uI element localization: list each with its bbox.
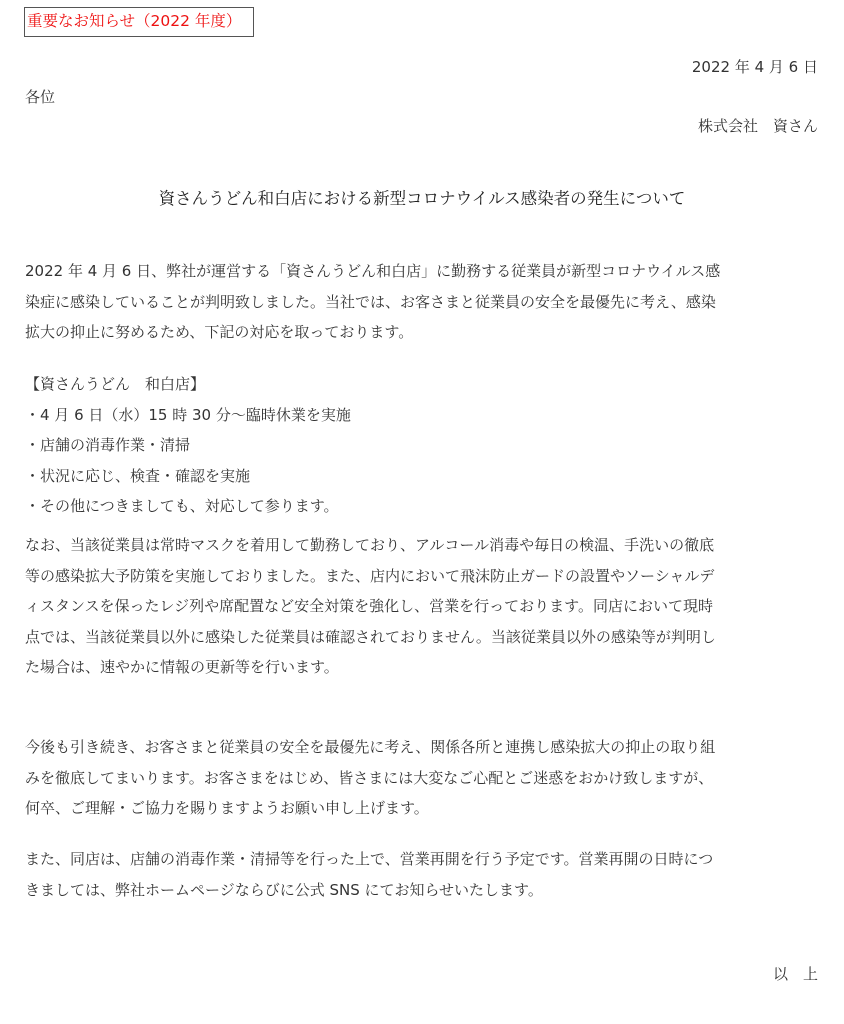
paragraph-line: 等の感染拡大予防策を実施しておりました。また、店内において飛沫防止ガードの設置や… (25, 561, 825, 592)
store-measures-heading: 【資さんうどん 和白店】 (25, 369, 825, 400)
important-notice-label: 重要なお知らせ（2022 年度） (24, 7, 254, 37)
intro-paragraph: 2022 年 4 月 6 日、弊社が運営する「資さんうどん和白店」に勤務する従業… (25, 256, 825, 348)
measure-item: ・店舗の消毒作業・清掃 (25, 430, 825, 461)
paragraph-line: た場合は、速やかに情報の更新等を行います。 (25, 652, 825, 683)
important-notice-text: 重要なお知らせ（2022 年度） (27, 12, 241, 30)
paragraph-line: 今後も引き続き、お客さまと従業員の安全を最優先に考え、関係各所と連携し感染拡大の… (25, 732, 825, 763)
paragraph-line: 点では、当該従業員以外に感染した従業員は確認されておりません。当該従業員以外の感… (25, 622, 825, 653)
reopening-paragraph: また、同店は、店舗の消毒作業・清掃等を行った上で、営業再開を行う予定です。営業再… (25, 844, 825, 905)
sender-company: 株式会社 資さん (698, 115, 818, 137)
paragraph-line: ィスタンスを保ったレジ列や席配置など安全対策を強化し、営業を行っております。同店… (25, 591, 825, 622)
paragraph-line: みを徹底してまいります。お客さまをはじめ、皆さまには大変なご心配とご迷惑をおかけ… (25, 763, 825, 794)
closing-mark: 以 上 (773, 963, 818, 985)
commitment-paragraph: 今後も引き続き、お客さまと従業員の安全を最優先に考え、関係各所と連携し感染拡大の… (25, 732, 825, 824)
store-measures: 【資さんうどん 和白店】 ・4 月 6 日（水）15 時 30 分～臨時休業を実… (25, 369, 825, 522)
measure-item: ・その他につきましても、対応して参ります。 (25, 491, 825, 522)
document-title: 資さんうどん和白店における新型コロナウイルス感染者の発生について (0, 186, 844, 212)
prevention-paragraph: なお、当該従業員は常時マスクを着用して勤務しており、アルコール消毒や毎日の検温、… (25, 530, 825, 683)
paragraph-line: また、同店は、店舗の消毒作業・清掃等を行った上で、営業再開を行う予定です。営業再… (25, 844, 825, 875)
paragraph-line: きましては、弊社ホームページならびに公式 SNS にてお知らせいたします。 (25, 875, 825, 906)
measure-item: ・状況に応じ、検査・確認を実施 (25, 461, 825, 492)
paragraph-line: なお、当該従業員は常時マスクを着用して勤務しており、アルコール消毒や毎日の検温、… (25, 530, 825, 561)
measure-item: ・4 月 6 日（水）15 時 30 分～臨時休業を実施 (25, 400, 825, 431)
paragraph-line: 拡大の抑止に努めるため、下記の対応を取っております。 (25, 317, 825, 348)
paragraph-line: 何卒、ご理解・ご協力を賜りますようお願い申し上げます。 (25, 793, 825, 824)
paragraph-line: 染症に感染していることが判明致しました。当社では、お客さまと従業員の安全を最優先… (25, 287, 825, 318)
document-date: 2022 年 4 月 6 日 (692, 56, 818, 78)
paragraph-line: 2022 年 4 月 6 日、弊社が運営する「資さんうどん和白店」に勤務する従業… (25, 256, 825, 287)
recipient-salutation: 各位 (25, 86, 55, 108)
